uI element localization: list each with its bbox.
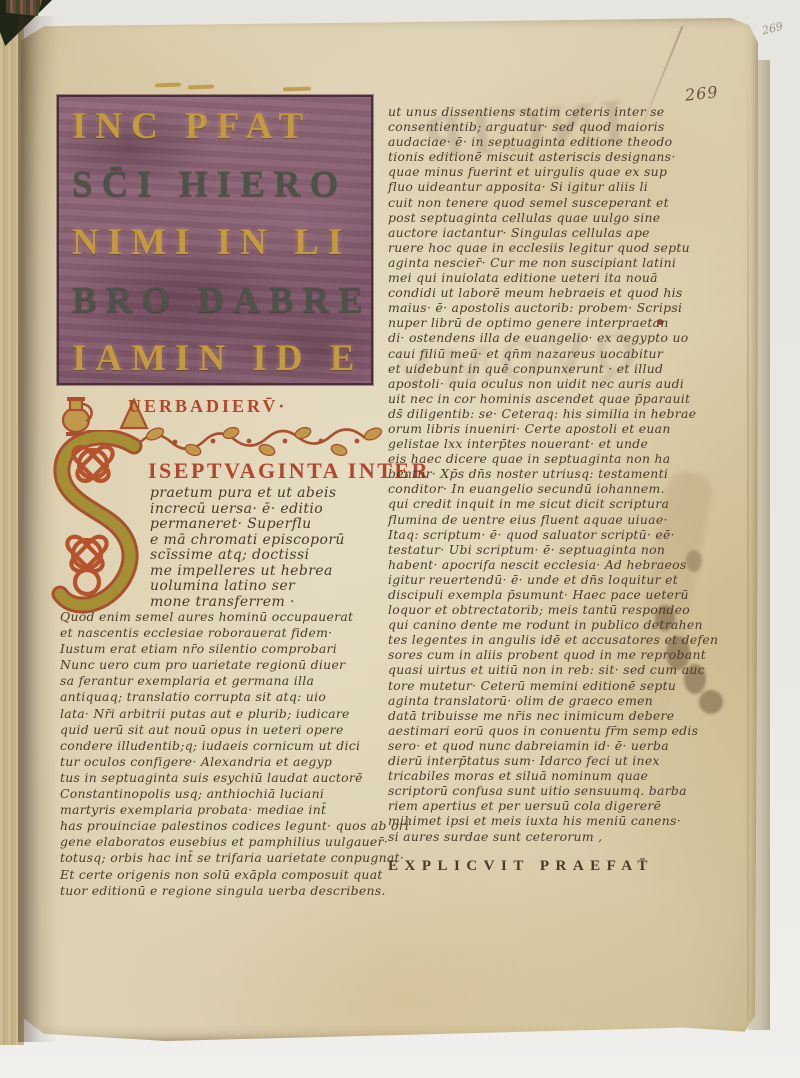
title-panel-line: IAMIN ID E [59, 329, 371, 387]
manuscript-line: mone transferrem · [150, 595, 385, 611]
manuscript-line: tur oculos configere· Alexandria et aegy… [60, 754, 390, 770]
manuscript-line: bentur· Xp̄s dn̄s noster utriusq: testam… [388, 466, 733, 481]
manuscript-line: permaneret· Superflu [150, 517, 385, 533]
manuscript-line: et nascentis ecclesiae roborauerat fidem… [60, 625, 390, 641]
manuscript-line: uit nec in cor hominis ascendet quae p̄p… [388, 391, 733, 406]
manuscript-line: sores cum in aliis probent quod in me re… [388, 647, 733, 662]
manuscript-line: increcū uersa· ē· editio [150, 502, 385, 518]
manuscript-line: ruere hoc quae in ecclesiis legitur quod… [388, 240, 733, 255]
manuscript-line: Nunc uero cum pro uarietate regionū diue… [60, 657, 390, 673]
manuscript-line: me impelleres ut hebrea [150, 564, 385, 580]
manuscript-line: Itaq: scriptum· ē· quod saluator scriptū… [388, 527, 733, 542]
manuscript-line: lata· Nr̄i arbitrii putas aut e plurib; … [60, 706, 390, 722]
manuscript-line: gelistae lxx interp̄tes nouerant· et und… [388, 436, 733, 451]
left-column-indented: praetum pura et ut abeisincrecū uersa· ē… [150, 486, 385, 610]
manuscript-line: condere illudentib;q; iudaeis cornicum u… [60, 738, 390, 754]
manuscript-line: apostoli· quia oculus non uidit nec auri… [388, 376, 733, 391]
initial-s-ornament [48, 430, 148, 626]
title-panel: INC PFATSC̄I HIERONIMI IN LIBRO DABREIAM… [57, 95, 373, 385]
manuscript-line: habent· apocrifa nescit ecclesia· Ad heb… [388, 557, 733, 572]
explicit-line: EXPLICVIT PRAEFAT̄ [388, 858, 654, 875]
manuscript-line: mihimet ipsi et meis iuxta his meniū can… [388, 813, 733, 828]
manuscript-line: e mā chromati episcoporū [150, 533, 385, 549]
manuscript-line: auctore iactantur· Singulas cellulas ape [388, 225, 733, 240]
manuscript-line: tuor editionū e regione singula uerba de… [60, 883, 390, 899]
manuscript-line: testatur· Ubi scriptum· ē· septuaginta n… [388, 542, 733, 557]
manuscript-line: sero· et quod nunc dabreiamin id· ē· uer… [388, 738, 733, 753]
manuscript-line: scīssime atq; doctissi [150, 548, 385, 564]
manuscript-line: cuit non tenere quod semel susceperant e… [388, 195, 733, 210]
manuscript-photo: 269 269 INCIP QVOMV INC PFATSC̄I HIERONI… [0, 0, 800, 1078]
manuscript-line: riem apertius et per uersuū cola digerer… [388, 798, 733, 813]
manuscript-line: maius· ē· apostolis auctorib: probem· Sc… [388, 300, 733, 315]
title-panel-line: SC̄I HIERO [59, 155, 371, 213]
manuscript-line: audaciae· ē· in septuaginta editione the… [388, 134, 733, 149]
vine-border-ornament [133, 424, 388, 460]
manuscript-line: caui filiū meū· et qn̄m nazareus uocabit… [388, 346, 733, 361]
manuscript-line: quid uerū sit aut nouū opus in ueteri op… [60, 722, 390, 738]
manuscript-line: di· ostendens illa de euangelio· ex aegy… [388, 330, 733, 345]
right-column: ut unus dissentiens statim ceteris inter… [388, 104, 733, 844]
manuscript-line: orum libris inueniri· Certe apostoli et … [388, 421, 733, 436]
folio-number-ink: 269 [684, 82, 719, 104]
manuscript-line: dierū interp̄tatus sum· Idarco feci ut i… [388, 753, 733, 768]
manuscript-line: aestimari eorū quos in conuentu fr̄m sem… [388, 723, 733, 738]
manuscript-line: qui canino dente me rodunt in publico de… [388, 617, 733, 632]
manuscript-line: quae minus fuerint et uirgulis quae ex s… [388, 164, 733, 179]
manuscript-line: praetum pura et ut abeis [150, 486, 385, 502]
manuscript-line: quasi uirtus et uitiū non in reb: sit· s… [388, 662, 733, 677]
manuscript-line: qui credit inquit in me sicut dicit scri… [388, 496, 733, 511]
title-panel-line: INC PFAT [59, 97, 371, 155]
manuscript-line: sa ferantur exemplaria et germana illa [60, 673, 390, 689]
manuscript-line: condidi ut laborē meum hebraeis et quod … [388, 285, 733, 300]
manuscript-line: aginta nescier̄· Cur me non suscipiant l… [388, 255, 733, 270]
title-panel-line: NIMI IN LI [59, 213, 371, 271]
manuscript-line: si aures surdae sunt ceterorum , [388, 829, 733, 844]
manuscript-line: totusq; orbis hac int̄ se trifaria uarie… [60, 850, 390, 866]
manuscript-line: ds̄ diligentib: se· Ceteraq: his similia… [388, 406, 733, 421]
manuscript-line: post septuaginta cellulas quae uulgo sin… [388, 210, 733, 225]
manuscript-line: eis haec dicere quae in septuaginta non … [388, 451, 733, 466]
manuscript-line: tricabiles moras et siluā nominum quae [388, 768, 733, 783]
manuscript-line: Constantinopolis usq; anthiochiā luciani [60, 786, 390, 802]
parchment-fold [747, 70, 749, 1020]
manuscript-line: tes legentes in angulis idē et accusator… [388, 632, 733, 647]
manuscript-line: datā tribuisse me nr̄is nec inimicum deb… [388, 708, 733, 723]
manuscript-line: consentientib; arguatur· sed quod maiori… [388, 119, 733, 134]
manuscript-line: Et certe origenis non solū exāpla compos… [60, 867, 390, 883]
manuscript-line: gene elaboratos eusebius et pamphilius u… [60, 834, 390, 850]
manuscript-line: igitur reuertendū· ē· unde et dn̄s loqui… [388, 572, 733, 587]
manuscript-line: martyris exemplaria probata· mediae int̄ [60, 802, 390, 818]
manuscript-line: ut unus dissentiens statim ceteris inter… [388, 104, 733, 119]
manuscript-line: tore mutetur· Ceterū memini editionē sep… [388, 678, 733, 693]
manuscript-line: Iustum erat etiam nr̄o silentio comproba… [60, 641, 390, 657]
folio-number-pencil: 269 [761, 20, 785, 38]
manuscript-line: discipuli exempla p̄sumunt· Haec pace ue… [388, 587, 733, 602]
manuscript-line: flumina de uentre eius fluent aquae uiua… [388, 512, 733, 527]
manuscript-line: uolumina latino ser [150, 579, 385, 595]
manuscript-line: has prouinciae palestinos codices legunt… [60, 818, 390, 834]
manuscript-line: conditor· In euangelio secundū iohannem. [388, 481, 733, 496]
manuscript-line: tionis editionē miscuit asteriscis desig… [388, 149, 733, 164]
manuscript-line: fluo uideantur apposita· Si igitur aliis… [388, 179, 733, 194]
manuscript-line: aginta translatorū· olim de graeco emen [388, 693, 733, 708]
manuscript-line: scriptorū confusa sunt uitio sensuumq. b… [388, 783, 733, 798]
title-panel-line: BRO DABRE [59, 271, 371, 329]
manuscript-line: Quod enim semel aures hominū occupauerat [60, 609, 390, 625]
manuscript-line: loquor et obtrectatorib; meis tantū resp… [388, 602, 733, 617]
manuscript-line: antiquaq; translatio corrupta sit atq: u… [60, 689, 390, 705]
rubric-verba-dierum: UERBADIERV̄· [128, 396, 287, 417]
left-column: Quod enim semel aures hominū occupauerat… [60, 609, 390, 899]
manuscript-line: mei qui inuiolata editione ueteri ita no… [388, 270, 733, 285]
manuscript-line: et uidebunt in quē conpunxerunt · et ill… [388, 361, 733, 376]
manuscript-line: nuper librū de optimo genere interpraeta… [388, 315, 733, 330]
manuscript-line: tus in septuaginta suis esychiū laudat a… [60, 770, 390, 786]
